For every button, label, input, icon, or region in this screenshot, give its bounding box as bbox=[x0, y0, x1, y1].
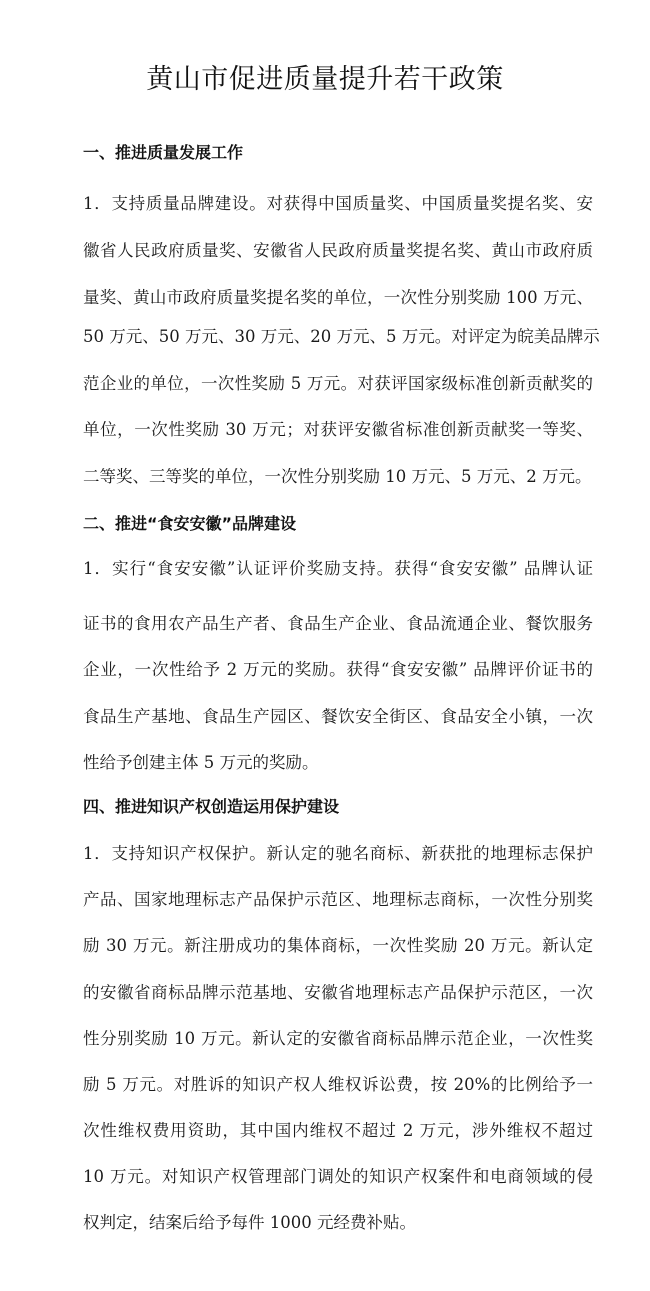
paragraph-line: 的安徽省商标品牌示范基地、安徽省地理标志产品保护示范区，一次 bbox=[83, 983, 593, 1003]
paragraph-line: 励 5 万元。对胜诉的知识产权人维权诉讼费，按 20%的比例给予一 bbox=[83, 1075, 593, 1095]
paragraph-line: 50 万元、50 万元、30 万元、20 万元、5 万元。对评定为皖美品牌示 bbox=[83, 327, 593, 347]
paragraph-line: 次性维权费用资助，其中国内维权不超过 2 万元，涉外维权不超过 bbox=[83, 1121, 593, 1141]
paragraph-line: 10 万元。对知识产权管理部门调处的知识产权案件和电商领域的侵 bbox=[83, 1167, 593, 1187]
paragraph-line: 励 30 万元。新注册成功的集体商标，一次性奖励 20 万元。新认定 bbox=[83, 936, 593, 956]
paragraph-line: 食品生产基地、食品生产园区、餐饮安全街区、食品安全小镇，一次 bbox=[83, 707, 593, 727]
paragraph-line: 证书的食用农产品生产者、食品生产企业、食品流通企业、餐饮服务 bbox=[83, 614, 593, 634]
section-heading-ip-protection: 四、推进知识产权创造运用保护建设 bbox=[83, 797, 339, 817]
section-heading-quality-development: 一、推进质量发展工作 bbox=[83, 143, 243, 163]
paragraph-line: 徽省人民政府质量奖、安徽省人民政府质量奖提名奖、黄山市政府质 bbox=[83, 241, 593, 261]
paragraph-line: 1．实行“食安安徽”认证评价奖励支持。获得“食安安徽” 品牌认证 bbox=[83, 559, 593, 579]
section-heading-food-safety-brand: 二、推进“食安安徽”品牌建设 bbox=[83, 514, 296, 534]
document-page: 黄山市促进质量提升若干政策 一、推进质量发展工作 1．支持质量品牌建设。对获得中… bbox=[0, 0, 650, 1291]
paragraph-line: 性给予创建主体 5 万元的奖励。 bbox=[83, 753, 593, 773]
paragraph-line: 权判定，结案后给予每件 1000 元经费补贴。 bbox=[83, 1213, 593, 1233]
paragraph-line: 企业，一次性给予 2 万元的奖励。获得“食安安徽” 品牌评价证书的 bbox=[83, 660, 593, 680]
paragraph-line: 范企业的单位，一次性奖励 5 万元。对获评国家级标准创新贡献奖的 bbox=[83, 374, 593, 394]
paragraph-line: 单位，一次性奖励 30 万元；对获评安徽省标准创新贡献奖一等奖、 bbox=[83, 420, 593, 440]
paragraph-line: 二等奖、三等奖的单位，一次性分别奖励 10 万元、5 万元、2 万元。 bbox=[83, 467, 593, 487]
paragraph-line: 1．支持质量品牌建设。对获得中国质量奖、中国质量奖提名奖、安 bbox=[83, 194, 593, 214]
paragraph-line: 产品、国家地理标志产品保护示范区、地理标志商标，一次性分别奖 bbox=[83, 890, 593, 910]
paragraph-line: 性分别奖励 10 万元。新认定的安徽省商标品牌示范企业，一次性奖 bbox=[83, 1029, 593, 1049]
paragraph-line: 1．支持知识产权保护。新认定的驰名商标、新获批的地理标志保护 bbox=[83, 844, 593, 864]
document-title: 黄山市促进质量提升若干政策 bbox=[0, 62, 650, 98]
paragraph-line: 量奖、黄山市政府质量奖提名奖的单位，一次性分别奖励 100 万元、 bbox=[83, 288, 593, 308]
